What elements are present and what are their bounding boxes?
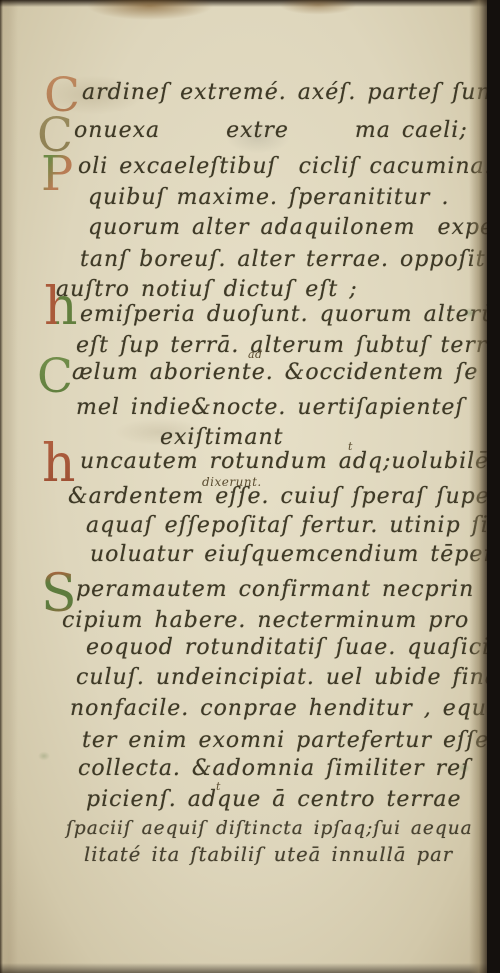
text-line: ſpaciiſ aequiſ diſtincta ipſaq;ſui aequa	[66, 820, 473, 839]
text-line: ardineſ extremé. axéſ. parteſ ſunt;	[82, 82, 500, 104]
text-line: oli excaeleſtibuſ cicliſ cacumina:	[78, 156, 493, 178]
text-line: collecta. &adomnia ſimiliter reſ	[78, 758, 470, 780]
manuscript-page: C C P h C h S ardineſ extremé. axéſ. par…	[0, 0, 500, 973]
decorated-initial-p: P	[41, 150, 73, 198]
text-line: nonfacile. conprae henditur , equali	[70, 698, 500, 720]
interlinear-gloss-t2: t	[216, 781, 221, 792]
interlinear-gloss-dixerunt: dixerunt.	[202, 476, 262, 488]
text-line: ælum aboriente. &occidentem ſe	[72, 362, 478, 384]
photo-background-right-edge	[487, 0, 500, 973]
text-line: auſtro notiuſ dictuſ eſt ;	[56, 279, 358, 301]
parchment-right-edge-shadow	[469, 0, 487, 973]
text-line: &ardentem eſſe. cuiuſ ſperaſ ſuper	[68, 486, 500, 508]
decorated-initial-c3: C	[37, 353, 73, 400]
text-line: uoluatur eiuſquemcendium tēperem	[90, 544, 500, 566]
text-line: aquaſ eſſepoſitaſ fertur. utinip ſiſ	[86, 515, 498, 537]
text-line: quibuſ maxime. ſperanititur .	[88, 187, 449, 209]
text-line: peramautem confirmant necprin	[76, 579, 474, 601]
text-line: culuſ. undeincipiat. uel ubide finat	[76, 667, 500, 689]
text-line: mel indie&nocte. uertiſapienteſ	[76, 397, 465, 419]
text-line: onuexa extre ma caeli;	[74, 120, 468, 142]
text-line: eoquod rotunditatiſ ſuae. quaſicir	[86, 637, 500, 659]
text-line: eſt ſup terrā. alterum ſubtuſ terraſ.;	[76, 335, 500, 357]
text-line: uncautem rotundum adq;uolubilē	[80, 451, 489, 473]
text-line: tanſ boreuſ. alter terrae. oppoſituſ.	[80, 249, 500, 271]
decorated-initial-h2: h	[42, 438, 76, 490]
text-line: cipium habere. necterminum pro	[62, 610, 469, 632]
text-line: emiſperia duoſunt. quorum alterū	[80, 304, 496, 326]
text-line: ter enim exomni partefertur eſſe	[82, 730, 489, 752]
text-line: quorum alter adaquilonem expec	[88, 217, 500, 239]
interlinear-gloss-t1: t	[348, 441, 353, 452]
text-line: picienſ. adque ā centro terrae	[86, 789, 462, 811]
text-line: litaté ita ſtabiliſ uteā innullā par	[84, 845, 453, 865]
interlinear-gloss-ad: ad	[248, 349, 263, 360]
text-line: exiſtimant	[160, 427, 283, 449]
